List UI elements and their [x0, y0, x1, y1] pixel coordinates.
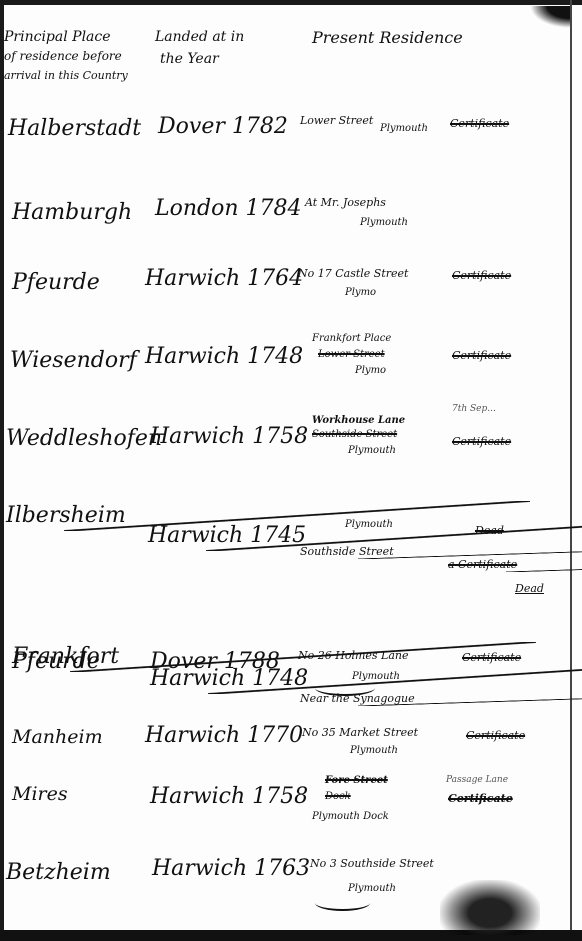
flourish-mark — [315, 895, 370, 911]
row-residence: No 17 Castle Street — [298, 268, 408, 279]
row-landed: Harwich 1758 — [150, 786, 308, 808]
row-landed: Dover 1782 — [158, 116, 288, 138]
header-col1-line3: arrival in this Country — [4, 70, 128, 81]
row-place: Betzheim — [6, 862, 111, 884]
row-residence-town: Plymouth — [345, 520, 393, 530]
row-note-top: 7th Sep... — [452, 405, 496, 414]
row-place: Manheim — [12, 728, 103, 747]
row-landed: Harwich 1770 — [145, 725, 303, 747]
page-edge-right — [570, 0, 572, 941]
row-place: Wiesendorf — [10, 350, 137, 372]
row-note: Certificate — [452, 350, 511, 361]
row-note: Certificate — [452, 270, 511, 281]
row-residence-struck: Dock — [325, 792, 351, 802]
row-residence-town: Plymouth — [348, 884, 396, 894]
row-place: Weddleshofen — [6, 428, 162, 450]
row-landed: London 1784 — [155, 198, 302, 220]
row-residence-town: Plymouth — [360, 218, 408, 228]
row-landed: Dover 1788 — [150, 651, 280, 673]
flourish-mark — [315, 680, 375, 696]
header-col2-line2: the Year — [160, 52, 219, 66]
row-note: Certificate — [462, 652, 521, 663]
header-col1-line1: Principal Place — [4, 30, 111, 44]
row-landed: Harwich 1758 — [150, 426, 308, 448]
row-note: Certificate — [452, 436, 511, 447]
row-place: Pfeurde — [12, 651, 100, 673]
row-residence-struck: Lower Street — [318, 350, 385, 360]
row-residence-town: Plymouth — [348, 446, 396, 456]
row-place: Mires — [12, 785, 68, 804]
row-residence-town: Plymo — [355, 366, 386, 376]
row-residence-town: Plymouth Dock — [312, 812, 389, 822]
row-place: Hamburgh — [12, 202, 132, 224]
row-residence-addition: Workhouse Lane — [312, 416, 405, 426]
row-landed: Harwich 1763 — [152, 858, 310, 880]
row-residence: At Mr. Josephs — [305, 197, 386, 208]
row-note: Certificate — [448, 793, 513, 804]
ink-stain — [440, 880, 540, 935]
row-residence: No 35 Market Street — [302, 727, 418, 738]
page-edge-top — [0, 0, 582, 5]
row-note-top: Passage Lane — [446, 776, 508, 785]
register-page: Principal Place of residence before arri… — [0, 0, 582, 941]
page-edge-left — [0, 0, 4, 941]
header-col3: Present Residence — [312, 30, 463, 46]
header-col2-line1: Landed at in — [155, 30, 244, 44]
row-note-dead: Dead — [515, 583, 544, 594]
row-residence-addition: Frankfort Place — [312, 334, 391, 344]
row-place: Halberstadt — [8, 118, 141, 140]
row-residence: No 26 Holmes Lane — [298, 650, 409, 661]
row-residence-struck: Fore Street — [325, 776, 388, 786]
row-residence-town: Plymouth — [350, 746, 398, 756]
row-residence-town: Plymo — [345, 288, 376, 298]
row-note-line2: Dead — [475, 525, 504, 536]
row-residence: Lower Street — [300, 115, 373, 126]
row-note: Certificate — [466, 730, 525, 741]
row-residence-crossed: Southside Street — [300, 546, 582, 557]
ink-blot — [530, 6, 570, 28]
row-note: a Certificate — [448, 559, 582, 570]
row-note: Certificate — [450, 118, 509, 129]
header-col1-line2: of residence before — [4, 50, 122, 62]
row-residence-struck: Southside Street — [312, 430, 397, 440]
row-place: Pfeurde — [12, 272, 100, 294]
row-landed: Harwich 1764 — [145, 268, 303, 290]
row-residence-town: Plymouth — [380, 124, 428, 134]
row-landed: Harwich 1748 — [145, 346, 303, 368]
row-residence: No 3 Southside Street — [310, 858, 434, 869]
